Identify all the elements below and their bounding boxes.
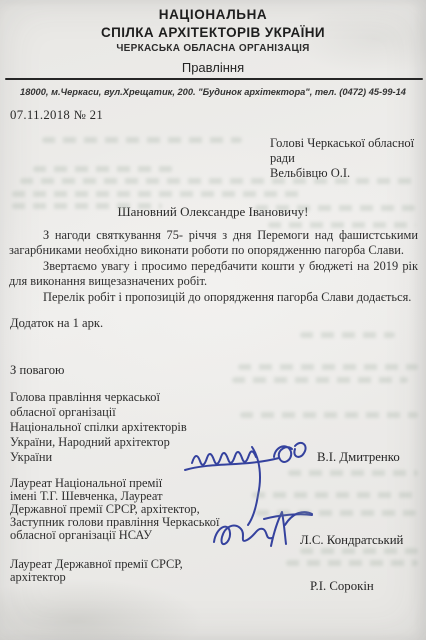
bleed-through-artifact — [288, 470, 418, 476]
recipient-block: Голові Черкаської обласної ради Вельбівц… — [270, 136, 422, 182]
bleed-through-artifact — [252, 492, 418, 498]
bleed-through-artifact — [20, 178, 415, 184]
body-paragraph: Перелік робіт і пропозицій до опорядженн… — [9, 290, 418, 305]
org-department: Правління — [0, 60, 426, 75]
org-name-line2: СПІЛКА АРХІТЕКТОРІВ УКРАЇНИ — [0, 25, 426, 40]
letter-body: З нагоди святкування 75- річчя з дня Пер… — [9, 228, 418, 305]
bleed-through-artifact — [12, 191, 302, 197]
signatory-title-line: Лауреат Державної премії СРСР, — [10, 558, 183, 571]
signatory-name: В.І. Дмитренко — [317, 450, 400, 465]
bleed-through-artifact — [300, 548, 418, 554]
letterhead-rule — [5, 78, 423, 80]
signatory-name: Р.І. Сорокін — [310, 579, 374, 594]
org-branch-line: ЧЕРКАСЬКА ОБЛАСНА ОРГАНІЗАЦІЯ — [0, 43, 426, 54]
bleed-through-artifact — [232, 377, 408, 383]
scanned-letter: НАЦІОНАЛЬНА СПІЛКА АРХІТЕКТОРІВ УКРАЇНИ … — [0, 0, 426, 640]
signatory-name: Л.С. Кондратський — [300, 533, 403, 548]
body-paragraph: Звертаємо увагу і просимо передбачити ко… — [9, 259, 418, 290]
bleed-through-artifact — [240, 412, 418, 418]
signatory-title-line: України, Народний архітектор — [10, 435, 187, 450]
body-paragraph: З нагоди святкування 75- річчя з дня Пер… — [9, 228, 418, 259]
bleed-through-artifact — [256, 510, 416, 516]
reference-number: 07.11.2018 № 21 — [10, 108, 103, 123]
signatory-title-line: архітектор — [10, 571, 183, 584]
signatory-title-line: обласної організації НСАУ — [10, 529, 219, 542]
bleed-through-artifact — [268, 222, 416, 228]
closing-respectfully: З повагою — [10, 363, 64, 378]
bleed-through-artifact — [238, 364, 418, 370]
bleed-through-artifact — [286, 560, 418, 566]
signatory-title-line: Національної спілки архітекторів — [10, 420, 187, 435]
bleed-through-artifact — [12, 203, 162, 209]
signatory-title-block: Лауреат Національної премії імені Т.Г. Ш… — [10, 477, 219, 542]
bleed-through-artifact — [300, 332, 395, 338]
org-name-line1: НАЦІОНАЛЬНА — [0, 7, 426, 22]
recipient-line: Голові Черкаської обласної — [270, 136, 422, 151]
attachment-note: Додаток на 1 арк. — [10, 316, 103, 331]
signatory-title-line: України — [10, 450, 187, 465]
signatory-title-block: Голова правління черкаської обласної орг… — [10, 390, 187, 465]
recipient-line: ради — [270, 151, 422, 166]
bleed-through-artifact — [33, 166, 173, 172]
letterhead-address: 18000, м.Черкаси, вул.Хрещатик, 200. "Бу… — [0, 87, 426, 97]
signatory-title-line: Голова правління черкаської — [10, 390, 187, 405]
signatory-title-block: Лауреат Державної премії СРСР, архітекто… — [10, 558, 183, 585]
bleed-through-artifact — [42, 137, 242, 143]
signatory-title-line: обласної організації — [10, 405, 187, 420]
bleed-through-artifact — [255, 205, 415, 211]
